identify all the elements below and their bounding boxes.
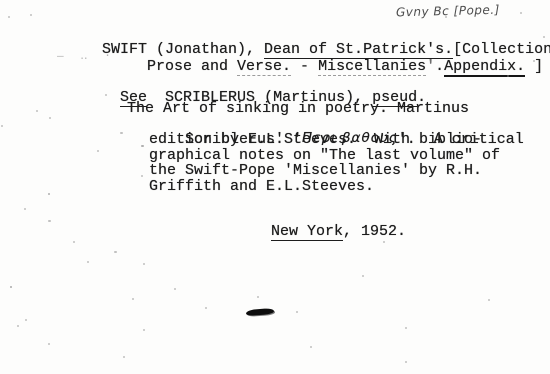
uniform-title: Prose and: [147, 58, 237, 75]
note-line-3: edition by E.L.Steeves. With biblio-: [149, 132, 482, 147]
noise-speck: [132, 298, 134, 300]
noise-speck: [488, 299, 490, 301]
noise-speck: [362, 275, 364, 277]
noise-speck: [17, 325, 19, 327]
note-line-1: The Art of sinking in poetry. Martinus: [127, 101, 469, 116]
noise-speck: [48, 343, 50, 345]
noise-speck: [73, 241, 75, 243]
noise-speck: [97, 150, 99, 152]
noise-speck: [114, 251, 117, 253]
closing-bracket: ]: [534, 58, 543, 75]
noise-speck: [120, 132, 123, 134]
noise-speck: [257, 296, 259, 298]
note-line-6: Griffith and E.L.Steeves.: [149, 179, 374, 194]
noise-speck: [87, 261, 89, 263]
noise-speck: [36, 110, 38, 112]
noise-speck: [1, 125, 3, 127]
noise-speck: [405, 327, 407, 329]
catalog-card: Gvny Bc [Pope.] SWIFT (Jonathan), Dean o…: [0, 0, 550, 374]
noise-speck: [310, 346, 312, 348]
noise-speck: [105, 94, 107, 96]
noise-speck: [143, 263, 145, 265]
noise-speck: [24, 208, 26, 210]
imprint: New York, 1952.: [235, 209, 406, 254]
ink-blot: [246, 308, 274, 316]
period: .: [435, 58, 444, 75]
noise-speck: [30, 14, 32, 16]
erasure-ghost: – ‥ ·: [57, 49, 116, 62]
noise-speck: [543, 36, 545, 38]
noise-speck: [141, 175, 143, 177]
stray-tick-mark: ': [426, 58, 435, 75]
note-line-5: the Swift-Pope 'Miscellanies' by R.H.: [149, 163, 482, 178]
uniform-title-verse: Verse.: [237, 58, 291, 76]
noise-speck: [174, 288, 176, 290]
noise-speck: [296, 311, 298, 313]
noise-speck: [533, 60, 535, 62]
noise-speck: [10, 286, 12, 288]
noise-speck: [507, 75, 509, 77]
noise-speck: [8, 16, 10, 18]
noise-speck: [49, 117, 51, 119]
noise-speck: [405, 361, 407, 363]
noise-speck: [25, 319, 27, 321]
noise-speck: [143, 329, 145, 331]
noise-speck: [141, 145, 144, 147]
place-of-publication: New York: [271, 223, 343, 241]
noise-speck: [445, 16, 447, 18]
handwritten-annotation: Gvny Bc [Pope.]: [396, 3, 500, 20]
date-of-publication: , 1952.: [343, 223, 406, 240]
noise-speck: [205, 307, 207, 309]
noise-speck: [383, 241, 385, 243]
uniform-title-appendix: Appendix.: [444, 58, 525, 77]
noise-speck: [48, 193, 50, 195]
noise-speck: [48, 220, 51, 222]
separator-dash: -: [291, 58, 318, 75]
noise-speck: [520, 12, 522, 14]
uniform-title-miscellanies: Miscellanies: [318, 58, 426, 76]
noise-speck: [123, 356, 125, 358]
note-line-4: graphical notes on "The last volume" of: [149, 148, 500, 163]
